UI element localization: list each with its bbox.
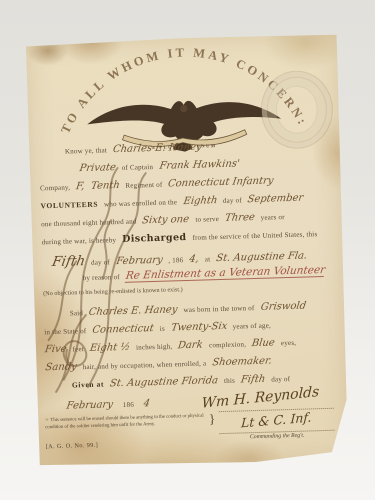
form-print-text: feet	[72, 345, 84, 353]
form-scriptbig-text: Fifth	[51, 253, 87, 270]
form-number: [A. G. O. No. 99.]	[46, 438, 216, 450]
signature-block: Lt & C. Inf. Commanding the Reg't.	[215, 406, 339, 445]
form-script-text: St. Augustine Fla.	[215, 250, 307, 264]
form-print-text: during the war, is hereby	[42, 236, 117, 246]
form-script-text: Connecticut	[92, 323, 155, 336]
form-script-text: Sandy	[45, 361, 78, 373]
footer: February1864 Wm H. Reynolds ☞ This sente…	[44, 388, 338, 450]
form-script-text: February	[66, 399, 114, 411]
form-script-text: Private	[79, 162, 117, 174]
form-print-text: this	[224, 377, 235, 385]
form-print-text: , 186	[168, 256, 183, 264]
form-print-text: from the service of the United States, t…	[192, 230, 317, 242]
form-script-text: Twenty-Six	[170, 321, 228, 334]
form-script-text: Blue	[251, 337, 276, 349]
form-body: Know ye, thatCharles E. HaneyPrivateof C…	[37, 138, 341, 399]
form-script-text: Frank Hawkins'	[158, 158, 240, 171]
fine-print-text: ☞ This sentence will be erased should th…	[45, 412, 208, 431]
form-printbold-text: VOLUNTEERS	[40, 200, 98, 211]
form-script-text: 4,	[188, 254, 199, 265]
form-script-text: February	[115, 255, 163, 267]
form-script-text: September	[247, 193, 304, 206]
form-print-text: one thousand eight hundred and	[41, 218, 137, 229]
rank-signature: Lt & C. Inf.	[241, 409, 312, 430]
form-print-text: day of	[223, 196, 242, 205]
form-printbold-text: Given at	[72, 380, 104, 390]
form-script-text: F,	[75, 181, 85, 192]
fine-print: ☞ This sentence will be erased should th…	[45, 409, 216, 434]
form-print-text: is	[160, 325, 165, 333]
form-print-text: day of	[271, 375, 290, 384]
form-blackletter-text: Discharged	[122, 232, 187, 245]
form-script-text: St. Augustine Florida	[109, 375, 219, 389]
form-print-text: Know ye, that	[65, 146, 107, 155]
form-script-text: Three	[224, 212, 255, 224]
form-print-text: Company,	[40, 183, 70, 192]
form-print-text: of Captain	[122, 163, 154, 172]
form-print-text: by reason of	[83, 273, 120, 282]
form-print-text: was born in the town of	[183, 304, 254, 314]
form-print-text: years of age,	[233, 322, 271, 331]
form-script-text: Tenth	[90, 180, 120, 192]
form-print-text: who was enrolled on the	[104, 198, 177, 208]
document: TO ALL WHOM IT MAY CONCERN: E PLURIBUS U…	[26, 33, 350, 468]
form-print-text: Said	[70, 309, 83, 317]
fine-print-block: ☞ This sentence will be erased should th…	[45, 409, 216, 450]
form-print-text: years or	[261, 213, 285, 222]
form-print-text: in the State of	[44, 327, 86, 336]
form-script-text: Dark	[177, 340, 203, 352]
form-script-text: Charles E. Haney	[112, 142, 202, 156]
form-print-text: inches high,	[136, 342, 172, 351]
form-print-text: hair, and by occupation, when enrolled, …	[83, 359, 207, 371]
form-print-text: 186	[123, 401, 134, 409]
form-script-text: Fifth	[240, 374, 266, 386]
form-script-text: Charles E. Haney	[88, 304, 178, 318]
form-print-text: at	[205, 255, 211, 263]
form-print-text: to serve	[195, 215, 219, 224]
form-script-text: Connecticut Infantry	[168, 175, 275, 189]
form-script-text: Eight ½	[89, 342, 131, 354]
form-print-text: Regiment of	[125, 181, 162, 190]
form-script-text: 4	[143, 398, 151, 409]
form-print-text: complexion,	[209, 340, 246, 349]
date-line: February1864	[66, 398, 150, 411]
form-script-text: Shoemaker.	[211, 356, 272, 369]
form-script-text: Eighth	[182, 195, 217, 207]
form-print-text: eyes,	[281, 339, 296, 347]
form-print-text: day of	[91, 258, 110, 267]
form-script-text: Five	[44, 344, 67, 356]
form-script-text: Sixty one	[142, 214, 191, 226]
photo-backdrop: TO ALL WHOM IT MAY CONCERN: E PLURIBUS U…	[0, 0, 375, 500]
form-script-text: Griswold	[260, 300, 307, 312]
fineprint-and-rank-row: ☞ This sentence will be erased should th…	[45, 406, 339, 450]
